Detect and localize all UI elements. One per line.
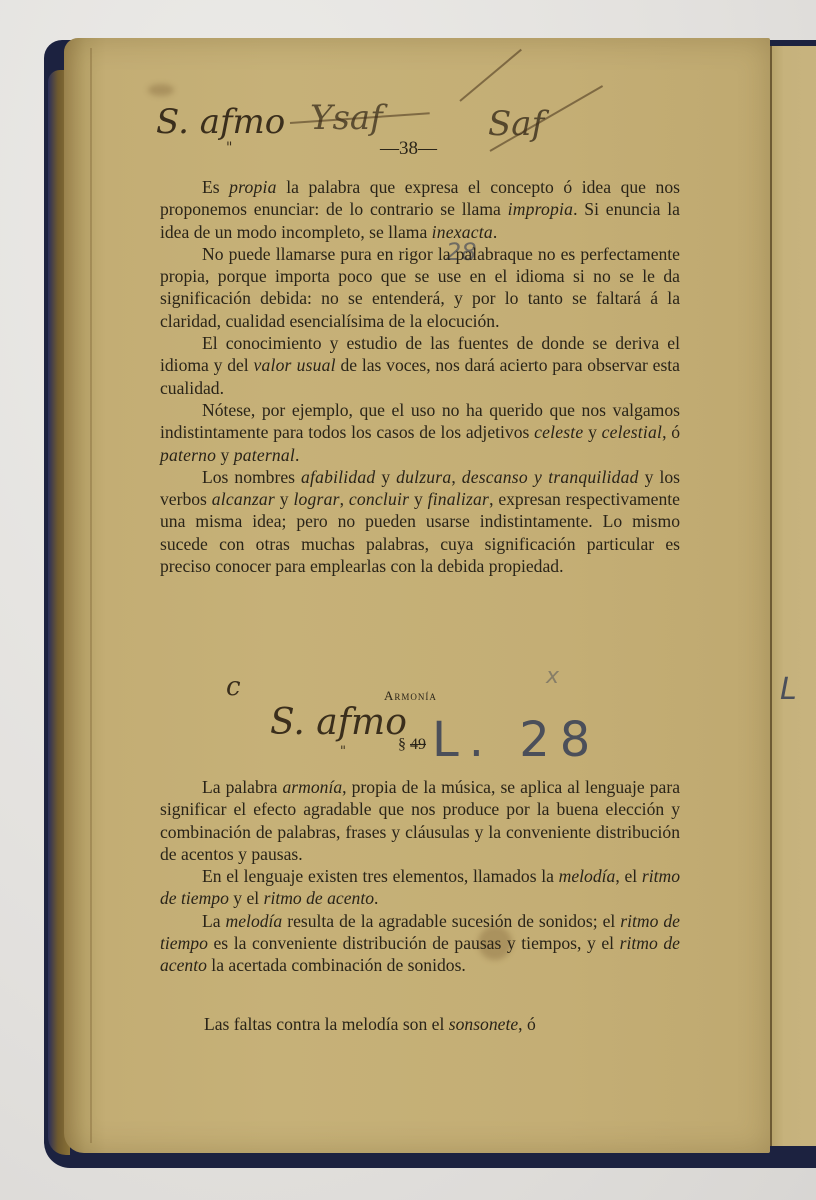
italic-term: valor usual	[253, 355, 335, 375]
text-run: y el	[229, 888, 264, 908]
handwritten-signature-mark: "	[340, 744, 346, 759]
paragraph: El conocimiento y estudio de las fuentes…	[160, 332, 680, 399]
handwritten-signature-section: S. afmo	[270, 702, 407, 743]
text-run: .	[493, 222, 497, 242]
text-run: , ó	[662, 422, 680, 442]
body-text-section-1: Es propia la palabra que expresa el conc…	[160, 176, 680, 577]
italic-term: melodía	[559, 866, 616, 886]
italic-term: finalizar	[428, 489, 489, 509]
italic-term: alcanzar	[212, 489, 275, 509]
paragraph: La palabra armonía, propia de la música,…	[160, 776, 680, 865]
italic-term: paternal	[234, 445, 295, 465]
text-run: Los nombres	[202, 467, 301, 487]
last-line-italic: sonsonete	[449, 1014, 518, 1034]
right-page-edge: L	[770, 46, 816, 1146]
text-run: Es	[202, 177, 229, 197]
handwritten-signature-mark: "	[226, 140, 232, 156]
italic-term: armonía	[283, 777, 343, 797]
last-line-text-end: , ó	[518, 1014, 536, 1034]
margin-mark-x: x	[546, 664, 559, 689]
italic-term: descanso y tranquilidad	[462, 467, 639, 487]
body-text-last-line: Las faltas contra la melodía son el sons…	[204, 1014, 536, 1035]
text-run: La palabra	[202, 777, 283, 797]
text-run: y	[375, 467, 396, 487]
text-run: la acertada combinación de sonidos.	[207, 955, 466, 975]
text-run: ,	[340, 489, 349, 509]
italic-term: propia	[229, 177, 276, 197]
italic-term: dulzura	[396, 467, 451, 487]
paragraph: Los nombres afabilidad y dulzura, descan…	[160, 466, 680, 577]
italic-term: afabilidad	[301, 467, 375, 487]
paragraph: Es propia la palabra que expresa el conc…	[160, 176, 680, 243]
last-line-text: Las faltas contra la melodía son el	[204, 1014, 449, 1034]
italic-term: concluir	[349, 489, 409, 509]
text-run: es la conveniente distribución de pausas…	[208, 933, 620, 953]
ink-stain	[148, 84, 174, 96]
section-number: § 49	[398, 736, 426, 754]
section-number-crossed: 49	[410, 736, 426, 753]
italic-term: inexacta	[432, 222, 493, 242]
page-number: —38—	[380, 138, 437, 160]
italic-term: lograr	[293, 489, 339, 509]
text-run: .	[374, 888, 378, 908]
italic-term: paterno	[160, 445, 216, 465]
body-text-section-2: La palabra armonía, propia de la música,…	[160, 776, 680, 977]
paragraph: Nótese, por ejemplo, que el uso no ha qu…	[160, 399, 680, 466]
right-margin-note: L	[780, 672, 797, 707]
text-run: ,	[451, 467, 461, 487]
text-run: La	[202, 911, 226, 931]
page-stack-line	[90, 48, 92, 1143]
italic-term: melodía	[226, 911, 283, 931]
pencil-annotation: L. 28	[432, 712, 600, 768]
paragraph: En el lenguaje existen tres elementos, l…	[160, 865, 680, 910]
italic-term: ritmo de acento	[264, 888, 374, 908]
italic-term: celestial	[602, 422, 662, 442]
text-run: En el lenguaje existen tres elementos, l…	[202, 866, 559, 886]
text-run: .	[295, 445, 299, 465]
text-run: y	[583, 422, 601, 442]
paragraph: La melodía resulta de la agradable suces…	[160, 910, 680, 977]
text-run: y	[275, 489, 294, 509]
italic-term: impropia	[508, 199, 573, 219]
text-run: y	[216, 445, 234, 465]
text-run: , el	[615, 866, 642, 886]
section-symbol: §	[398, 736, 406, 753]
paragraph: No puede llamarse pura en rigor la palab…	[160, 243, 680, 332]
margin-mark-c: c	[226, 672, 241, 702]
text-run: resulta de la agradable sucesión de soni…	[282, 911, 620, 931]
handwritten-signature-top: S. afmo	[156, 102, 285, 142]
text-run: No puede llamarse pura en rigor la palab…	[160, 244, 680, 331]
text-run: y	[409, 489, 428, 509]
italic-term: celeste	[534, 422, 583, 442]
